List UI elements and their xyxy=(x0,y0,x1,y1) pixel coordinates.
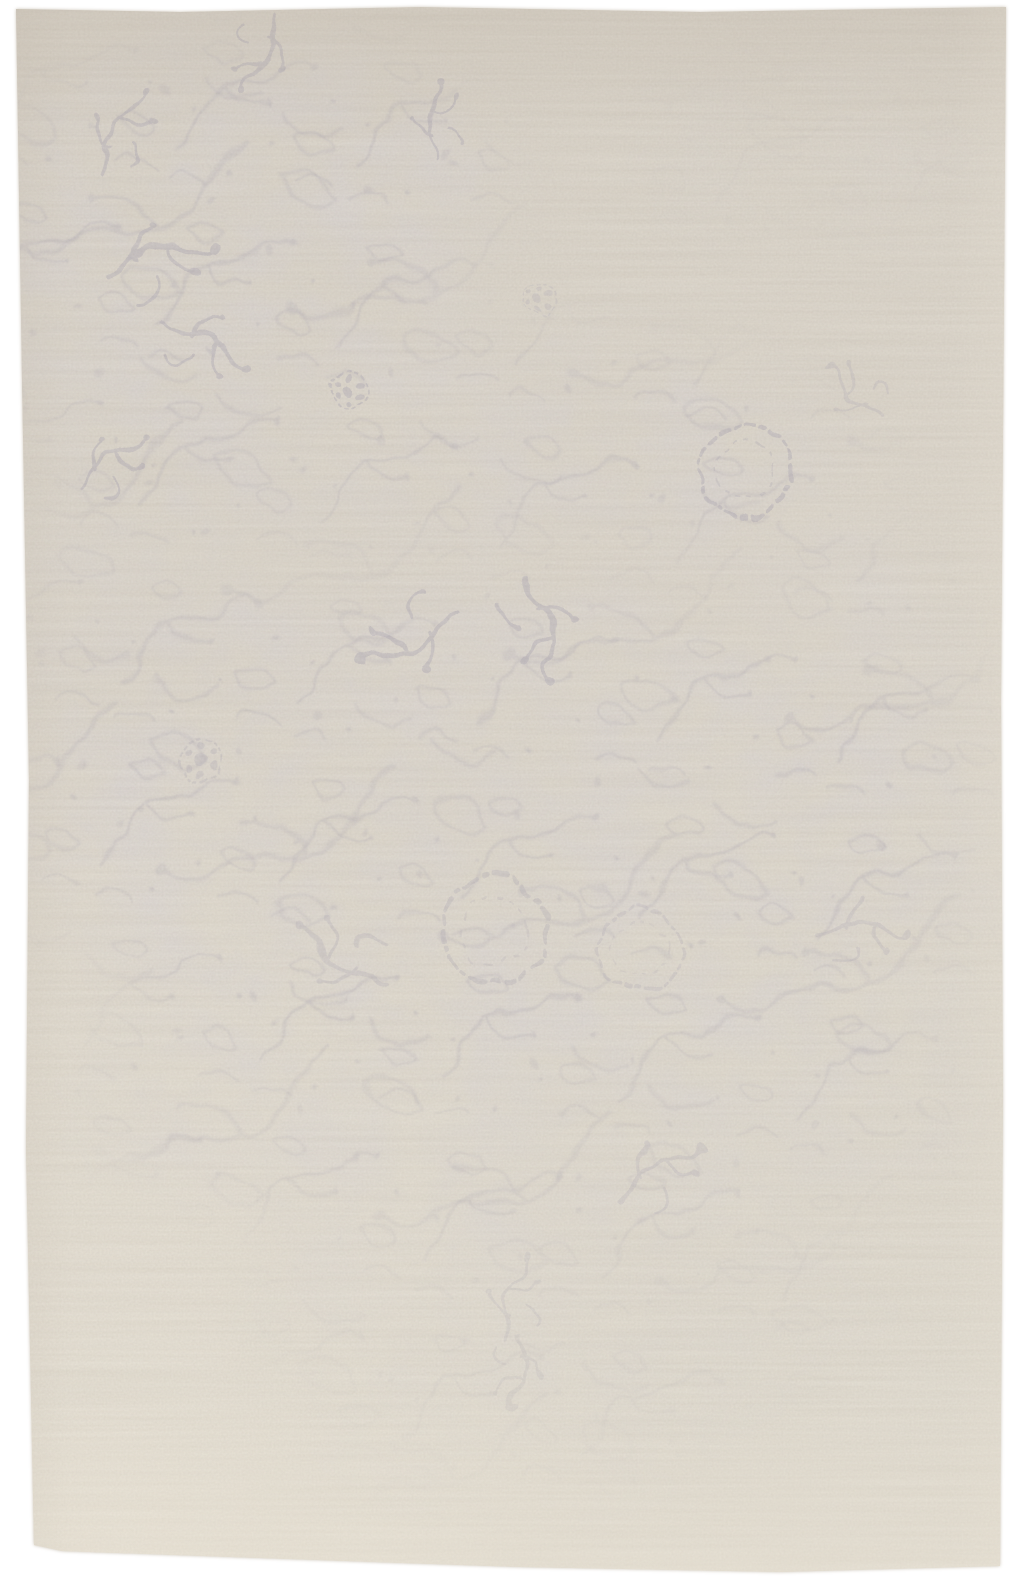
top-edge-shadow xyxy=(0,0,1024,150)
rug xyxy=(0,0,1024,1584)
right-edge-highlight xyxy=(954,0,1024,1584)
rug-silhouette xyxy=(0,0,1024,1584)
pile-grain-light xyxy=(0,0,1024,1584)
bottom-edge-highlight xyxy=(0,1390,1024,1584)
photo-canvas xyxy=(0,0,1024,1584)
left-edge-shadow xyxy=(0,0,70,1584)
rug-photo-svg xyxy=(0,0,1024,1584)
